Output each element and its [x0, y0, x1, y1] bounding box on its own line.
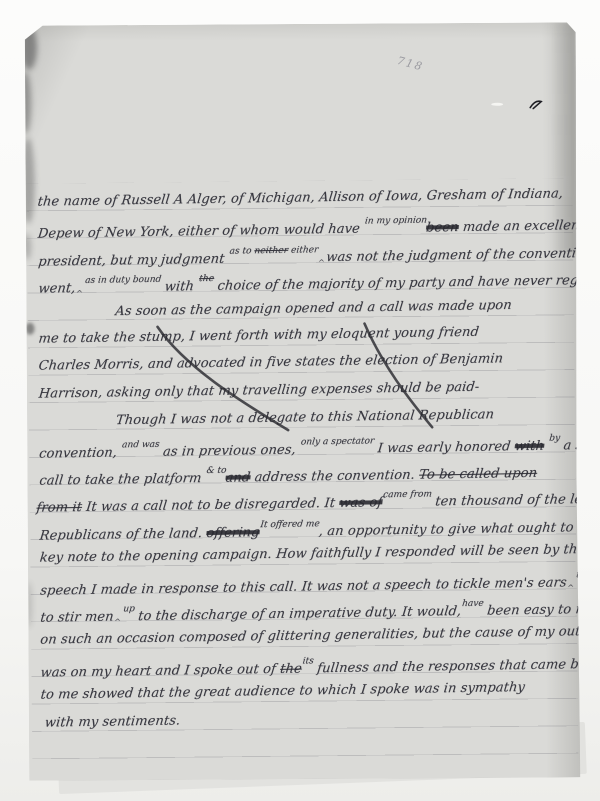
scribbled-text: with [514, 439, 545, 454]
caret-mark: ^ [316, 258, 326, 267]
inserted-text: and was [121, 440, 160, 451]
manuscript-line: Republicans of the land. offeringIt offe… [39, 512, 580, 544]
manuscript-line: went,^as in duty bound with the choice o… [37, 266, 580, 298]
handwriting: speech I made in response to this call. … [39, 575, 567, 598]
handwriting: Harrison, asking only that my travelling… [38, 380, 480, 402]
handwriting: president, but my judgment [37, 252, 229, 270]
handwriting: address the convention. [250, 468, 420, 486]
inserted-text: as in duty bound [85, 275, 162, 286]
inserted-text: only a spectator [300, 436, 374, 447]
caret-mark: ^ [113, 617, 123, 626]
manuscript-line: president, but my judgment as to neither… [37, 240, 580, 271]
manuscript-line: me to take the stump, I went forth with … [38, 325, 480, 347]
manuscript-line: Harrison, asking only that my travelling… [38, 380, 480, 402]
manuscript-line: on such an occasion composed of glitteri… [39, 623, 580, 648]
handwriting: It was a call not to be disregarded. It [81, 496, 340, 515]
handwriting: the name of Russell A Alger, of Michigan… [37, 186, 564, 209]
inserted-text: in my opinion [364, 216, 427, 227]
manuscript-line: convention, and was as in previous ones,… [38, 432, 580, 462]
manuscript-line: key note to the opening campaign. How fa… [39, 541, 580, 565]
inserted-text: It offered me [260, 519, 320, 530]
inserted-struck-text: neither [254, 246, 289, 257]
scribbled-text: offering [206, 525, 261, 541]
inserted-text: either [288, 245, 319, 255]
handwriting: me to take the stump, I went forth with … [38, 325, 480, 347]
handwriting: I was early honored [373, 439, 516, 456]
inserted-text: & to [206, 466, 227, 476]
caret-mark: ^ [74, 289, 84, 298]
struck-text: from it [36, 500, 83, 516]
handwriting: call to take the platform [39, 471, 207, 489]
caret-mark: ^ [566, 583, 576, 592]
handwriting: made an excellent [458, 218, 580, 235]
handwriting: ten thousand of the leading [430, 491, 580, 509]
manuscript-line: was on my heart and I spoke out of theit… [40, 652, 581, 681]
inserted-text: have [461, 599, 484, 609]
manuscript-line: from it It was a call not to be disregar… [36, 486, 581, 515]
handwriting: been easy to make a speech [482, 601, 580, 619]
struck-text: have [577, 520, 580, 536]
manuscript-line: Charles Morris, and advocated in five st… [38, 351, 504, 373]
manuscript-line: to stir men^up to the discharge of an im… [39, 596, 580, 628]
handwriting: Charles Morris, and advocated in five st… [38, 351, 504, 373]
handwriting: to me showed that the great audience to … [40, 680, 526, 703]
handwriting: with my sentiments. [44, 713, 181, 730]
manuscript-line: speech I made in response to this call. … [39, 568, 580, 600]
inserted-text: came from [383, 489, 433, 500]
handwriting: Republicans of the land. [39, 526, 207, 544]
inserted-text: to flatter party pride [576, 569, 581, 580]
handwriting: , an opportunity to give what ought to [318, 520, 579, 539]
scribbled-text: was of [339, 495, 384, 511]
handwriting: As soon as the campaign opened and a cal… [114, 298, 512, 319]
manuscript-line: to me showed that the great audience to … [40, 680, 526, 703]
handwriting: to stir men [40, 609, 115, 625]
inserted-struck-text: the [198, 274, 214, 284]
handwriting-layer: the name of Russell A Alger, of Michigan… [25, 22, 581, 780]
manuscript-line: As soon as the campaign opened and a cal… [114, 298, 512, 319]
handwriting: Though I was not a delegate to this Nati… [115, 407, 495, 428]
handwriting: choice of the majority of my party and h… [212, 271, 580, 294]
manuscript-line: the name of Russell A Alger, of Michigan… [37, 186, 564, 209]
struck-text: the [279, 661, 302, 676]
struck-text: To be called upon [418, 466, 538, 483]
scribbled-text: been [425, 220, 459, 236]
handwriting: a spontanious [558, 437, 580, 454]
handwriting: to the discharge of an imperative duty. … [133, 604, 462, 624]
handwriting: key note to the opening campaign. How fa… [39, 541, 580, 565]
paper: the name of Russell A Alger, of Michigan… [25, 22, 581, 780]
manuscript-line: Though I was not a delegate to this Nati… [115, 407, 495, 428]
handwriting: fullness and the responses that came bac… [312, 657, 580, 677]
handwriting: with [160, 279, 199, 295]
handwriting: was on my heart and I spoke out of [40, 662, 281, 681]
manuscript-line: Depew of New York, either of whom would … [37, 213, 580, 242]
handwriting: on such an occasion composed of glitteri… [39, 623, 580, 648]
scanned-page: the name of Russell A Alger, of Michigan… [0, 0, 600, 801]
handwriting: went, [38, 281, 77, 297]
handwriting: was not the judgment of the convention- … [325, 245, 580, 265]
handwriting: Depew of New York, either of whom would … [37, 221, 365, 241]
handwriting: as in previous ones, [158, 443, 301, 460]
scribbled-text: and [225, 470, 251, 485]
handwriting: convention, [38, 445, 122, 461]
manuscript-line: call to take the platform & toand addres… [39, 461, 539, 489]
manuscript-line: with my sentiments. [44, 713, 181, 730]
inserted-text: as to [229, 246, 255, 256]
